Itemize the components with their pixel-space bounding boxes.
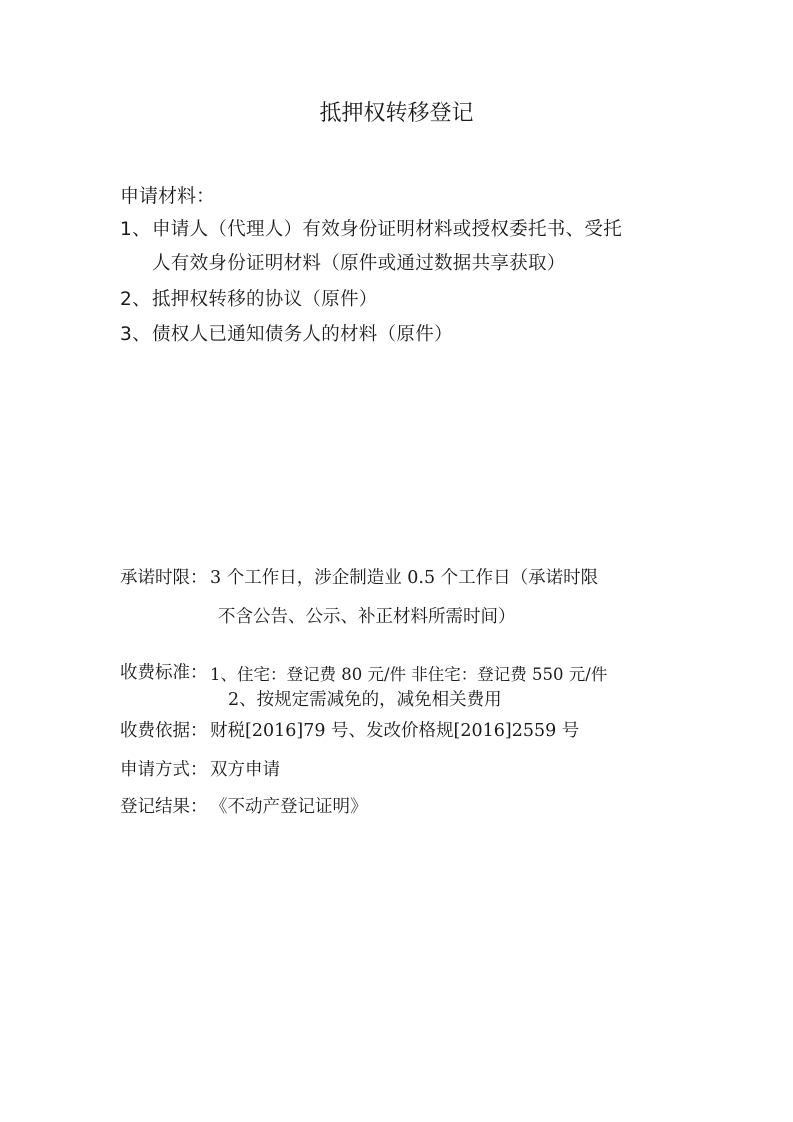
time-limit-value: 3 个工作日，涉企制造业 0.5 个工作日（承诺时限 [210,564,598,589]
time-limit-value-continued: 不含公告、公示、补正材料所需时间） [218,603,516,628]
list-item-number: 3、 [120,320,151,346]
fee-basis-label: 收费依据： [120,717,208,742]
materials-heading: 申请材料： [120,181,215,208]
page-title: 抵押权转移登记 [0,96,793,127]
time-limit-label: 承诺时限： [120,564,208,589]
list-item-text-continued: 人有效身份证明材料（原件或通过数据共享获取） [152,249,566,275]
list-item-number: 1、 [120,215,151,241]
list-item-text: 申请人（代理人）有效身份证明材料或授权委托书、受托 [152,215,622,241]
fee-standard-line1: 1、住宅：登记费 80 元/件 非住宅：登记费 550 元/件 [210,661,607,685]
list-item-number: 2、 [120,285,151,311]
list-item-text: 抵押权转移的协议（原件） [152,285,378,311]
result-label: 登记结果： [120,793,208,818]
list-item-text: 债权人已通知债务人的材料（原件） [152,320,453,346]
apply-method-label: 申请方式： [120,756,208,781]
fee-standard-label: 收费标准： [120,659,208,684]
result-value: 《不动产登记证明》 [210,793,368,818]
fee-basis-value: 财税[2016]79 号、发改价格规[2016]2559 号 [210,717,579,742]
apply-method-value: 双方申请 [210,756,280,781]
fee-standard-line2: 2、按规定需减免的，减免相关费用 [228,686,502,711]
